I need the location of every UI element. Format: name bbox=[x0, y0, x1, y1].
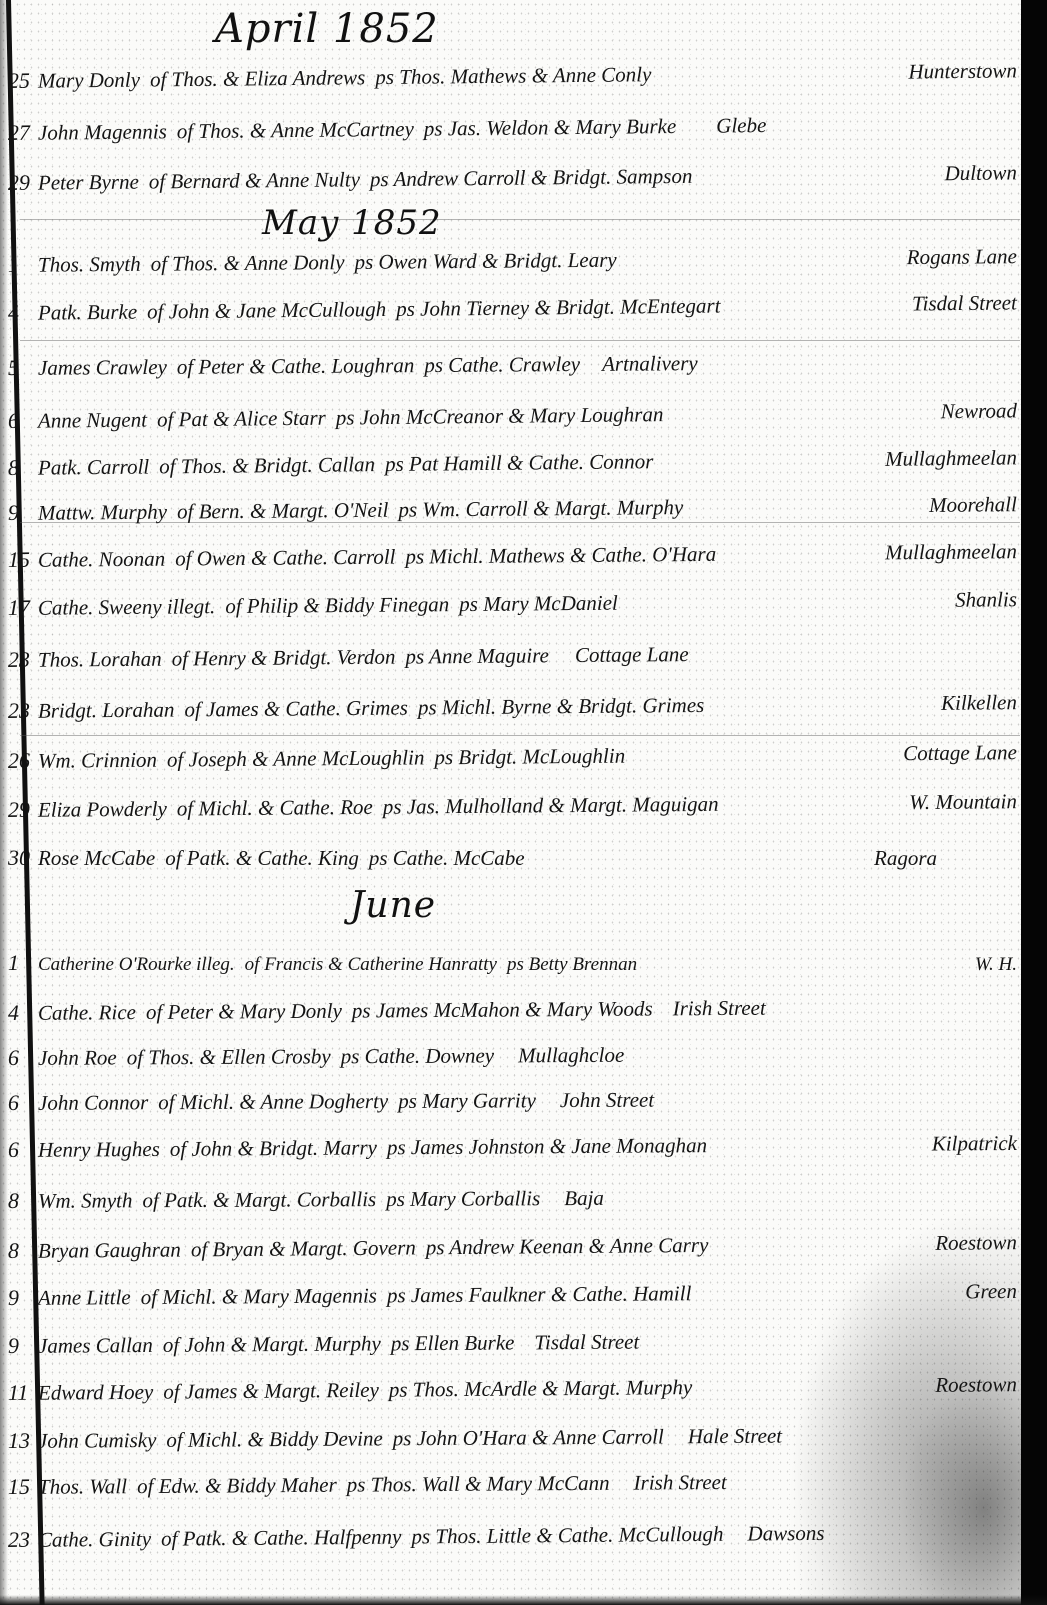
entry-day: 1 bbox=[8, 950, 38, 976]
entry-abode: Roestown bbox=[935, 1230, 1017, 1256]
entry-parents: of John & Jane McCullough bbox=[147, 297, 386, 325]
entry-sponsors: ps Michl. Byrne & Bridgt. Grimes bbox=[418, 693, 705, 720]
entry-parents: of James & Cathe. Grimes bbox=[184, 696, 408, 723]
register-entry: 9 Anne Little of Michl. & Mary Magennis … bbox=[8, 1278, 1017, 1319]
binding-shadow bbox=[0, 0, 8, 1605]
entry-day: 23 bbox=[8, 647, 38, 673]
entry-sponsors: ps Mary Garrity bbox=[398, 1088, 536, 1114]
entry-day: 29 bbox=[8, 797, 38, 823]
entry-child-name: Cathe. Rice bbox=[38, 1000, 136, 1026]
entry-abode: Kilpatrick bbox=[932, 1131, 1017, 1157]
entry-abode: Roestown bbox=[935, 1372, 1017, 1398]
entry-day: 30 bbox=[8, 845, 38, 871]
entry-parents: of James & Margt. Reiley bbox=[163, 1378, 379, 1405]
register-entry: 4 Patk. Burke of John & Jane McCullough … bbox=[8, 289, 1017, 334]
entry-abode: Hale Street bbox=[688, 1424, 782, 1450]
entry-sponsors: ps James Faulkner & Cathe. Hamill bbox=[387, 1281, 692, 1308]
register-entry: 26 Wm. Crinnion of Joseph & Anne McLough… bbox=[8, 739, 1017, 782]
entry-parents: of Joseph & Anne McLoughlin bbox=[167, 745, 425, 772]
entry-sponsors: ps Cathe. McCabe bbox=[369, 846, 525, 871]
entry-parents: of Michl. & Cathe. Roe bbox=[177, 795, 373, 822]
entry-child-name: Cathe. Noonan bbox=[38, 547, 165, 573]
entry-parents: of Thos. & Anne McCartney bbox=[177, 117, 414, 144]
entry-sponsors: ps Pat Hamill & Cathe. Connor bbox=[385, 449, 654, 477]
entry-abode: Cottage Lane bbox=[903, 740, 1017, 766]
entry-child-name: Henry Hughes bbox=[38, 1137, 160, 1163]
entry-abode: Glebe bbox=[716, 113, 766, 139]
entry-abode: Cottage Lane bbox=[575, 642, 689, 668]
section-heading-june: June bbox=[350, 885, 436, 926]
register-entry: 5 James Crawley of Peter & Cathe. Loughr… bbox=[8, 348, 1017, 389]
entry-parents: of Patk. & Cathe. Halfpenny bbox=[161, 1525, 402, 1552]
entry-sponsors: ps John McCreanor & Mary Loughran bbox=[336, 402, 664, 430]
register-entry: 6 Anne Nugent of Pat & Alice Starr ps Jo… bbox=[8, 397, 1017, 442]
entry-day: 27 bbox=[8, 120, 38, 146]
entry-sponsors: ps Bridgt. McLoughlin bbox=[434, 744, 625, 771]
entry-parents: of Bernard & Anne Nulty bbox=[149, 167, 360, 194]
entry-child-name: Patk. Carroll bbox=[38, 455, 149, 481]
register-entry: 15 Thos. Wall of Edw. & Biddy Maher ps T… bbox=[8, 1467, 1017, 1508]
entry-abode: Irish Street bbox=[673, 996, 766, 1022]
entry-day: 4 bbox=[8, 1000, 38, 1026]
entry-abode: Tisdal Street bbox=[912, 290, 1017, 316]
entry-child-name: Catherine O'Rourke illeg. bbox=[38, 954, 235, 976]
entry-parents: of Edw. & Biddy Maher bbox=[137, 1473, 337, 1499]
entry-parents: of Pat & Alice Starr bbox=[157, 406, 326, 433]
entry-parents: of Peter & Mary Donly bbox=[146, 999, 342, 1025]
entry-abode: John Street bbox=[560, 1088, 654, 1113]
entry-parents: of Philip & Biddy Finegan bbox=[225, 592, 449, 619]
entry-child-name: Wm. Smyth bbox=[38, 1188, 133, 1213]
entry-day: 8 bbox=[8, 1238, 38, 1264]
entry-child-name: John Connor bbox=[38, 1090, 148, 1116]
entry-child-name: Mattw. Murphy bbox=[38, 500, 167, 526]
entry-child-name: James Crawley bbox=[38, 355, 167, 381]
register-entry: 8 Wm. Smyth of Patk. & Margt. Corballis … bbox=[8, 1183, 1017, 1222]
entry-abode: Mullaghmeelan bbox=[885, 539, 1017, 565]
register-entry: 9 James Callan of John & Margt. Murphy p… bbox=[8, 1326, 1017, 1367]
register-entry: 11 Edward Hoey of James & Margt. Reiley … bbox=[8, 1371, 1017, 1414]
entry-day: 4 bbox=[8, 300, 38, 326]
register-entry: 1 Thos. Smyth of Thos. & Anne Donly ps O… bbox=[8, 243, 1017, 286]
entry-sponsors: ps Michl. Mathews & Cathe. O'Hara bbox=[405, 542, 716, 570]
entry-child-name: Rose McCabe bbox=[38, 846, 155, 871]
entry-day: 5 bbox=[8, 355, 38, 381]
entry-sponsors: ps James McMahon & Mary Woods bbox=[352, 996, 653, 1023]
entry-sponsors: ps Cathe. Downey bbox=[341, 1043, 495, 1069]
register-entry: 27 John Magennis of Thos. & Anne McCartn… bbox=[8, 109, 1017, 154]
register-entry: 9 Mattw. Murphy of Bern. & Margt. O'Neil… bbox=[8, 491, 1017, 534]
entry-child-name: John Cumisky bbox=[38, 1428, 157, 1454]
entry-child-name: Cathe. Sweeny illegt. bbox=[38, 594, 216, 621]
entry-abode: W. H. bbox=[975, 954, 1017, 976]
entry-parents: of Francis & Catherine Hanratty bbox=[245, 954, 497, 976]
entry-child-name: Thos. Smyth bbox=[38, 252, 141, 278]
entry-day: 6 bbox=[8, 408, 38, 434]
entry-sponsors: ps Ellen Burke bbox=[391, 1330, 515, 1356]
entry-parents: of Henry & Bridgt. Verdon bbox=[172, 645, 396, 672]
ruled-line bbox=[20, 340, 1020, 341]
entry-abode: Dultown bbox=[944, 160, 1017, 186]
entry-parents: of Patk. & Cathe. King bbox=[165, 846, 359, 871]
entry-child-name: Anne Little bbox=[38, 1285, 131, 1311]
entry-sponsors: ps Mary Corballis bbox=[386, 1186, 540, 1212]
entry-day: 26 bbox=[8, 748, 38, 774]
register-entry: 29 Peter Byrne of Bernard & Anne Nulty p… bbox=[8, 159, 1017, 204]
entry-parents: of Bryan & Margt. Govern bbox=[191, 1235, 416, 1262]
register-entry: 23 Bridgt. Lorahan of James & Cathe. Gri… bbox=[8, 689, 1017, 732]
entry-sponsors: ps Mary McDaniel bbox=[459, 591, 618, 617]
entry-sponsors: ps Andrew Keenan & Anne Carry bbox=[426, 1233, 709, 1260]
entry-day: 9 bbox=[8, 1333, 38, 1359]
entry-abode: Artnalivery bbox=[602, 351, 698, 377]
entry-sponsors: ps Thos. Little & Cathe. McCullough bbox=[411, 1522, 723, 1550]
entry-sponsors: ps James Johnston & Jane Monaghan bbox=[387, 1133, 707, 1160]
entry-parents: of Thos. & Bridgt. Callan bbox=[159, 452, 375, 479]
entry-day: 9 bbox=[8, 1285, 38, 1311]
entry-day: 6 bbox=[8, 1045, 38, 1071]
entry-sponsors: ps Owen Ward & Bridgt. Leary bbox=[354, 248, 616, 275]
register-entry: 4 Cathe. Rice of Peter & Mary Donly ps J… bbox=[8, 993, 1017, 1034]
register-entry: 25 Mary Donly of Thos. & Eliza Andrews p… bbox=[8, 57, 1017, 102]
entry-day: 6 bbox=[8, 1090, 38, 1116]
entry-abode: Mullaghmeelan bbox=[885, 445, 1017, 471]
entry-child-name: Bridgt. Lorahan bbox=[38, 698, 175, 724]
register-page: April 1852 25 Mary Donly of Thos. & Eliz… bbox=[0, 0, 1047, 1605]
entry-abode: Hunterstown bbox=[908, 58, 1017, 84]
entry-day: 23 bbox=[8, 1527, 38, 1553]
entry-abode: W. Mountain bbox=[909, 789, 1017, 815]
entry-sponsors: ps Wm. Carroll & Margt. Murphy bbox=[398, 495, 683, 522]
entry-child-name: John Roe bbox=[38, 1045, 117, 1070]
entry-parents: of Thos. & Anne Donly bbox=[151, 250, 345, 277]
page-bottom-edge bbox=[0, 1595, 1047, 1605]
entry-parents: of Michl. & Anne Dogherty bbox=[158, 1089, 388, 1115]
entry-abode: Mullaghcloe bbox=[518, 1043, 624, 1069]
entry-abode: Rogans Lane bbox=[907, 244, 1017, 270]
entry-day: 15 bbox=[8, 547, 38, 573]
section-heading-may-1852: May 1852 bbox=[262, 203, 442, 243]
entry-day: 11 bbox=[8, 1380, 38, 1406]
entry-sponsors: ps Anne Maguire bbox=[405, 643, 549, 669]
entry-abode: Shanlis bbox=[955, 587, 1017, 613]
register-entry: 6 John Roe of Thos. & Ellen Crosby ps Ca… bbox=[8, 1040, 1017, 1079]
entry-parents: of Thos. & Eliza Andrews bbox=[150, 65, 366, 92]
entry-child-name: Thos. Lorahan bbox=[38, 647, 162, 673]
entry-parents: of John & Bridgt. Marry bbox=[170, 1135, 377, 1161]
entry-sponsors: ps Jas. Mulholland & Margt. Maguigan bbox=[383, 792, 719, 820]
entry-child-name: Cathe. Ginity bbox=[38, 1527, 151, 1553]
entry-day: 29 bbox=[8, 170, 38, 196]
entry-sponsors: ps Thos. Wall & Mary McCann bbox=[347, 1471, 610, 1498]
entry-sponsors: ps Thos. McArdle & Margt. Murphy bbox=[389, 1375, 693, 1403]
entry-abode: Green bbox=[965, 1279, 1017, 1304]
entry-day: 15 bbox=[8, 1474, 38, 1500]
register-entry: 6 John Connor of Michl. & Anne Dogherty … bbox=[8, 1085, 1017, 1124]
entry-child-name: Eliza Powderly bbox=[38, 797, 167, 823]
entry-child-name: Patk. Burke bbox=[38, 300, 137, 326]
register-entry: 1 Catherine O'Rourke illeg. of Francis &… bbox=[8, 950, 1017, 984]
entry-parents: of Michl. & Biddy Devine bbox=[166, 1426, 383, 1453]
entry-sponsors: ps Andrew Carroll & Bridgt. Sampson bbox=[370, 164, 693, 192]
entry-sponsors: ps Cathe. Crawley bbox=[424, 352, 580, 378]
entry-day: 8 bbox=[8, 1188, 38, 1214]
entry-parents: of Thos. & Ellen Crosby bbox=[127, 1044, 331, 1070]
entry-day: 1 bbox=[8, 252, 38, 278]
entry-parents: of Michl. & Mary Magennis bbox=[141, 1283, 377, 1310]
entry-child-name: Thos. Wall bbox=[38, 1474, 127, 1500]
entry-child-name: James Callan bbox=[38, 1333, 153, 1359]
entry-sponsors: ps Jas. Weldon & Mary Burke bbox=[424, 114, 677, 142]
register-entry: 23 Cathe. Ginity of Patk. & Cathe. Halfp… bbox=[8, 1518, 1017, 1561]
entry-abode: Kilkellen bbox=[941, 690, 1017, 716]
entry-sponsors: ps Betty Brennan bbox=[507, 954, 637, 976]
page-right-edge bbox=[1021, 0, 1047, 1605]
entry-parents: of Owen & Cathe. Carroll bbox=[175, 545, 396, 572]
entry-child-name: Edward Hoey bbox=[38, 1380, 154, 1406]
entry-child-name: Wm. Crinnion bbox=[38, 748, 157, 774]
register-entry: 13 John Cumisky of Michl. & Biddy Devine… bbox=[8, 1421, 1017, 1462]
entry-child-name: Mary Donly bbox=[38, 68, 140, 94]
register-entry: 29 Eliza Powderly of Michl. & Cathe. Roe… bbox=[8, 788, 1017, 831]
entry-day: 8 bbox=[8, 455, 38, 481]
entry-day: 13 bbox=[8, 1428, 38, 1454]
entry-sponsors: ps Thos. Mathews & Anne Conly bbox=[375, 62, 651, 90]
entry-day: 25 bbox=[8, 68, 38, 94]
entry-abode: Tisdal Street bbox=[534, 1330, 639, 1356]
register-entry: 6 Henry Hughes of John & Bridgt. Marry p… bbox=[8, 1130, 1017, 1171]
entry-abode: Irish Street bbox=[634, 1470, 727, 1496]
entry-child-name: Anne Nugent bbox=[38, 408, 147, 434]
ruled-line bbox=[20, 219, 1020, 220]
register-entry: 30 Rose McCabe of Patk. & Cathe. King ps… bbox=[8, 845, 1017, 879]
entry-child-name: John Magennis bbox=[38, 119, 167, 145]
entry-abode: Ragora bbox=[874, 846, 937, 871]
register-entry: 23 Thos. Lorahan of Henry & Bridgt. Verd… bbox=[8, 638, 1017, 681]
entry-parents: of John & Margt. Murphy bbox=[163, 1331, 381, 1358]
entry-abode: Baja bbox=[564, 1186, 604, 1211]
entry-day: 6 bbox=[8, 1137, 38, 1163]
entry-day: 17 bbox=[8, 595, 38, 621]
register-entry: 8 Bryan Gaughran of Bryan & Margt. Gover… bbox=[8, 1229, 1017, 1272]
entry-day: 23 bbox=[8, 698, 38, 724]
entry-parents: of Peter & Cathe. Loughran bbox=[177, 353, 415, 380]
entry-child-name: Peter Byrne bbox=[38, 170, 139, 196]
entry-abode: Newroad bbox=[941, 398, 1017, 424]
entry-child-name: Bryan Gaughran bbox=[38, 1237, 181, 1263]
entry-abode: Dawsons bbox=[747, 1521, 824, 1547]
entry-day: 9 bbox=[8, 500, 38, 526]
entry-sponsors: ps John Tierney & Bridgt. McEntegart bbox=[396, 294, 721, 322]
entry-parents: of Bern. & Margt. O'Neil bbox=[177, 498, 389, 525]
ruled-line bbox=[20, 735, 1020, 736]
register-entry: 17 Cathe. Sweeny illegt. of Philip & Bid… bbox=[8, 586, 1017, 629]
entry-sponsors: ps John O'Hara & Anne Carroll bbox=[393, 1424, 664, 1451]
register-entry: 8 Patk. Carroll of Thos. & Bridgt. Calla… bbox=[8, 444, 1017, 489]
entry-abode: Moorehall bbox=[929, 492, 1017, 518]
register-entry: 15 Cathe. Noonan of Owen & Cathe. Carrol… bbox=[8, 538, 1017, 581]
entry-parents: of Patk. & Margt. Corballis bbox=[142, 1187, 376, 1213]
section-heading-april-1852: April 1852 bbox=[215, 6, 439, 52]
